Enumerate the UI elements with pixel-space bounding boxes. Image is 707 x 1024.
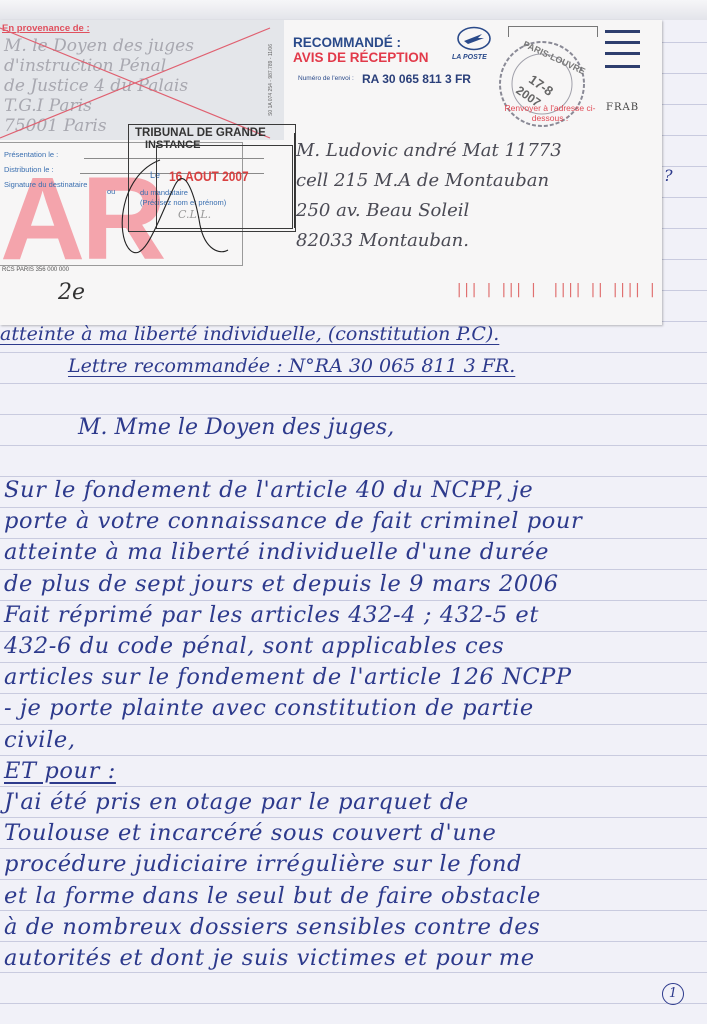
tracking-label: Numéro de l'envoi : — [298, 75, 354, 82]
letter-body-line: de plus de sept jours et depuis le 9 mar… — [4, 569, 559, 600]
letter-body-line: autorités et dont je suis victimes et po… — [4, 943, 535, 974]
letter-body-line: civile, — [4, 725, 76, 756]
sorting-bars — [605, 30, 640, 76]
letter-body-line: Toulouse et incarcéré sous couvert d'une — [4, 818, 496, 849]
letter-body-line: ET pour : — [4, 756, 116, 787]
recommande-title: RECOMMANDÉ : — [293, 35, 401, 50]
copy-mark: 2e — [58, 280, 85, 305]
letter-body-line: procédure judiciaire irrégulière sur le … — [4, 849, 522, 880]
letter-salutation: M. Mme le Doyen des juges, — [78, 412, 394, 443]
letter-body-line: - je porte plainte avec constitution de … — [4, 693, 534, 724]
return-note: Renvoyer à l'adresse ci-dessous : — [500, 103, 600, 123]
letter-body-line: et la forme dans le seul but de faire ob… — [4, 881, 541, 912]
letter-reference: Lettre recommandée : N°RA 30 065 811 3 F… — [68, 351, 515, 382]
sender-box: En provenance de : M. le Doyen des juges… — [0, 20, 284, 140]
letter-body-line: atteinte à ma liberté individuelle d'une… — [4, 537, 549, 568]
letter-body-line: Fait réprimé par les articles 432-4 ; 43… — [4, 600, 539, 631]
stamp-line1: TRIBUNAL DE GRANDE — [135, 127, 266, 139]
letter-body-line: à de nombreux dossiers sensibles contre … — [4, 912, 540, 943]
letter-body-line: J'ai été pris en otage par le parquet de — [4, 787, 469, 818]
letter-body-line: Sur le fondement de l'article 40 du NCPP… — [4, 475, 533, 506]
form-label: Présentation le : — [4, 150, 58, 159]
avis-de-reception-card: En provenance de : M. le Doyen des juges… — [0, 20, 662, 325]
scan-top-edge — [0, 0, 707, 20]
margin-mark: ? — [664, 166, 673, 185]
avis-reception-title: AVIS DE RÉCEPTION — [293, 50, 429, 65]
frab-code: FRAB — [606, 102, 639, 113]
barcode: ||| | ||| | |||| || |||| | | — [455, 282, 662, 296]
letter-subject: atteinte à ma liberté individuelle, (con… — [0, 319, 499, 350]
form-side-code: S0 1A 074 254 - 987.789 - 11/06 — [268, 44, 274, 116]
letter-body-line: 432-6 du code pénal, sont applicables ce… — [4, 631, 504, 662]
recipient-handwritten-address: M. Ludovic andré Mat 11773 cell 215 M.A … — [296, 136, 656, 256]
tracking-number: RA 30 065 811 3 FR — [362, 72, 471, 86]
form-label: Signature du destinataire — [4, 180, 87, 189]
page-number: 1 — [662, 983, 684, 1005]
form-label: Distribution le : — [4, 165, 54, 174]
rcs-number: RCS PARIS 356 000 000 — [2, 267, 69, 273]
letter-body-line: articles sur le fondement de l'article 1… — [4, 662, 572, 693]
la-poste-brand: LA POSTE — [452, 54, 487, 61]
letter-body-line: porte à votre connaissance de fait crimi… — [4, 506, 582, 537]
cross-out-mark — [0, 20, 284, 140]
signature-scribble — [100, 155, 230, 265]
la-poste-bird-icon — [456, 26, 492, 51]
